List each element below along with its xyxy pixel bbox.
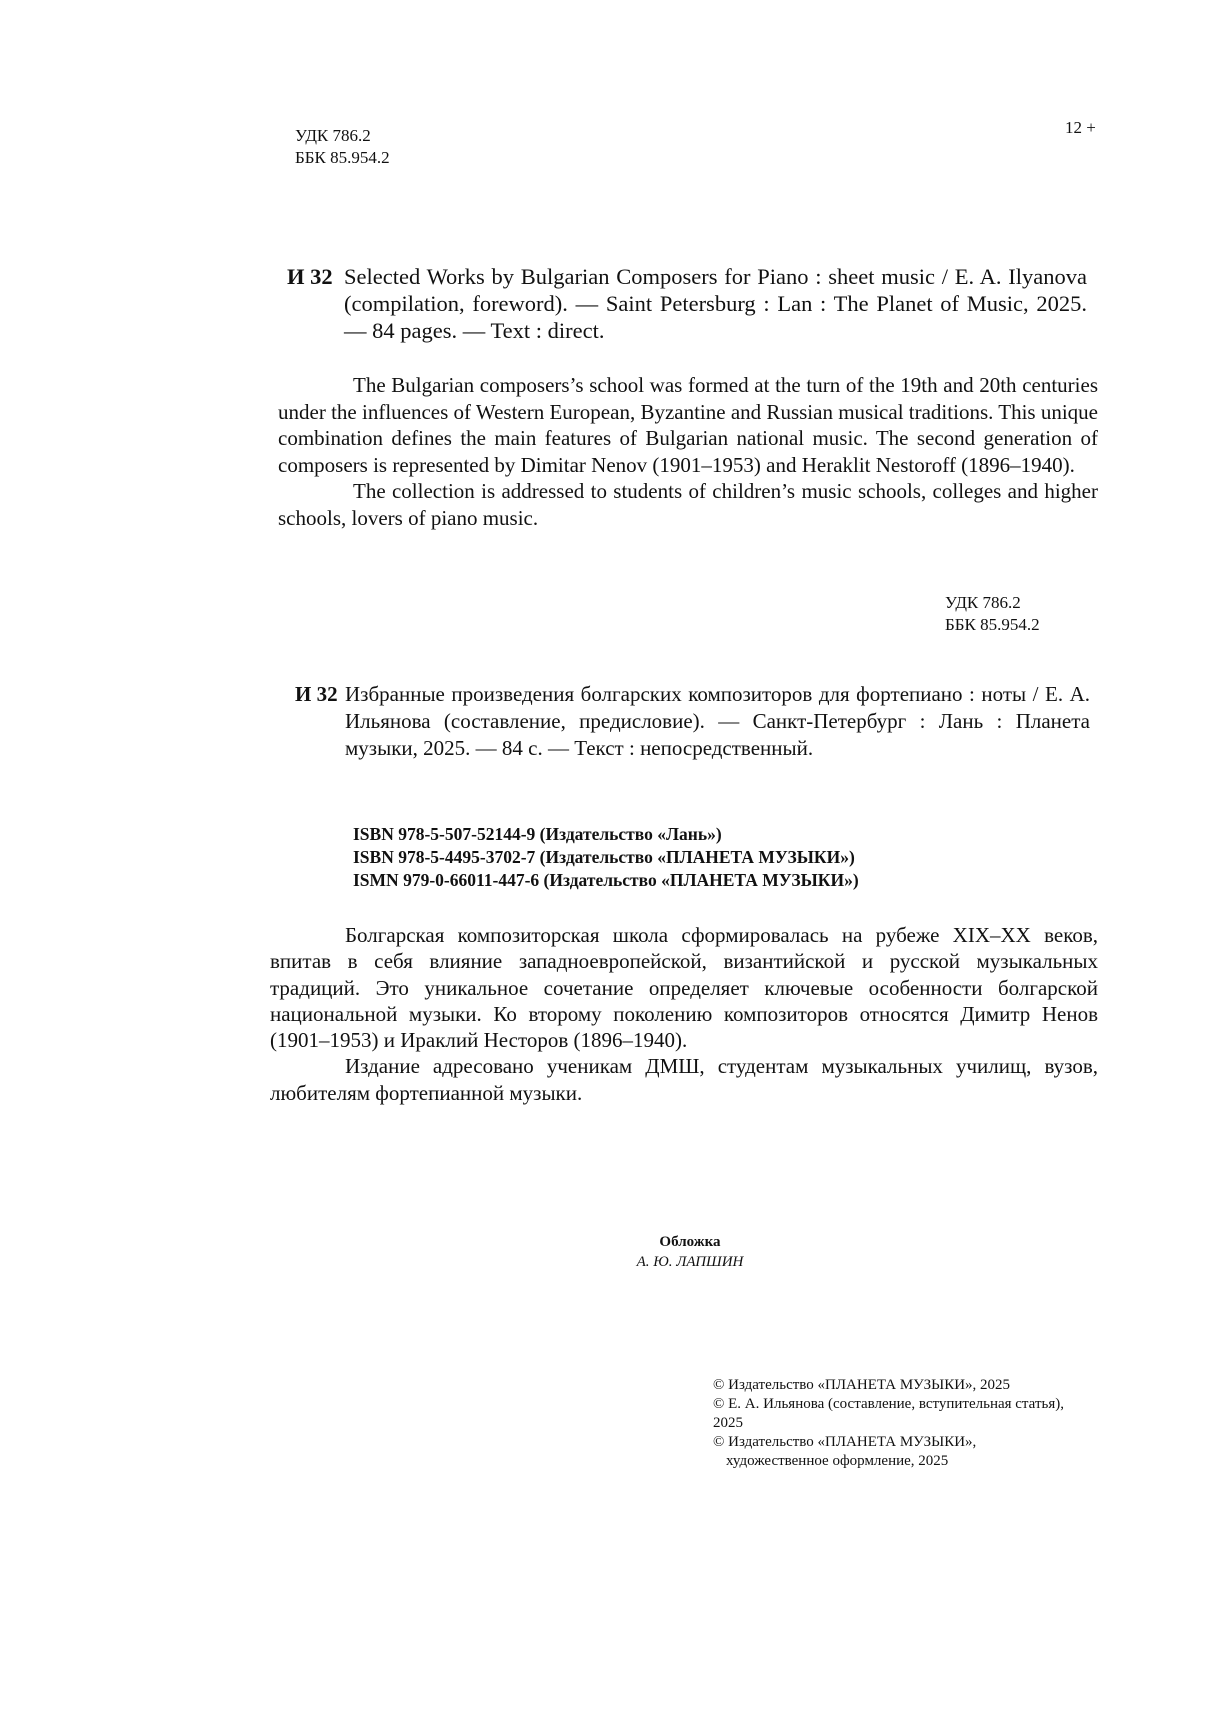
abstract-paragraph: Издание адресовано ученикам ДМШ, студент… — [270, 1053, 1098, 1106]
copyright-line: © Издательство «ПЛАНЕТА МУЗЫКИ», — [713, 1433, 1083, 1452]
cover-credit: Обложка А. Ю. ЛАПШИН — [560, 1232, 820, 1272]
author-sign-code: И 32 — [295, 681, 338, 708]
bbk-code: ББК 85.954.2 — [295, 147, 390, 169]
catalog-entry-english: И 32 Selected Works by Bulgarian Compose… — [287, 263, 1087, 344]
ismn-planeta: ISMN 979-0-66011-447-6 (Издательство «ПЛ… — [353, 869, 859, 892]
isbn-planeta: ISBN 978-5-4495-3702-7 (Издательство «ПЛ… — [353, 846, 859, 869]
abstract-paragraph: The Bulgarian composers’s school was for… — [278, 372, 1098, 478]
copyright-line: © Е. А. Ильянова (составление, вступител… — [713, 1395, 1083, 1433]
classification-middle: УДК 786.2 ББК 85.954.2 — [945, 592, 1040, 636]
bibliographic-description-english: Selected Works by Bulgarian Composers fo… — [344, 263, 1087, 344]
copyright-line: © Издательство «ПЛАНЕТА МУЗЫКИ», 2025 — [713, 1376, 1083, 1395]
abstract-paragraph: Болгарская композиторская школа сформиро… — [270, 922, 1098, 1053]
author-sign-code: И 32 — [287, 263, 333, 290]
copyright-block: © Издательство «ПЛАНЕТА МУЗЫКИ», 2025 © … — [713, 1376, 1083, 1471]
copyright-line: художественное оформление, 2025 — [713, 1452, 1083, 1471]
abstract-paragraph: The collection is addressed to students … — [278, 478, 1098, 531]
bibliographic-description-russian: Избранные произведения болгарских композ… — [345, 681, 1090, 762]
age-rating: 12 + — [1065, 118, 1096, 138]
catalog-entry-russian: И 32 Избранные произведения болгарских к… — [295, 681, 1090, 762]
udk-code: УДК 786.2 — [295, 125, 390, 147]
cover-designer: А. Ю. ЛАПШИН — [560, 1252, 820, 1272]
isbn-lan: ISBN 978-5-507-52144-9 (Издательство «Ла… — [353, 823, 859, 846]
cover-label: Обложка — [560, 1232, 820, 1252]
identifiers-block: ISBN 978-5-507-52144-9 (Издательство «Ла… — [353, 823, 859, 892]
udk-code: УДК 786.2 — [945, 592, 1040, 614]
classification-top: УДК 786.2 ББК 85.954.2 — [295, 125, 390, 169]
bbk-code: ББК 85.954.2 — [945, 614, 1040, 636]
abstract-russian: Болгарская композиторская школа сформиро… — [270, 922, 1098, 1106]
abstract-english: The Bulgarian composers’s school was for… — [278, 372, 1098, 531]
